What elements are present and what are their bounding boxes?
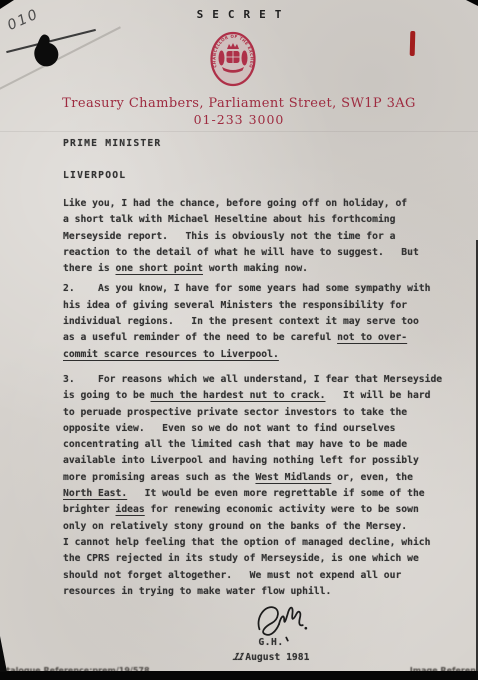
- letter-body: Like you, I had the chance, before going…: [63, 196, 463, 604]
- recipient-line: PRIME MINISTER: [63, 138, 161, 149]
- ink-blot: [30, 34, 64, 72]
- typed-date: August 1981: [245, 652, 309, 663]
- letter-paper: SECRET 010 1 CHANCELLOR OF THE EXCHEQUER: [0, 0, 478, 672]
- classification-stamp: SECRET: [0, 8, 478, 21]
- subject-line: LIVERPOOL: [63, 170, 126, 181]
- letter-paragraph: 2. As you know, I have for some years ha…: [63, 281, 463, 362]
- letter-paragraph: Like you, I had the chance, before going…: [63, 196, 463, 277]
- scanned-letter-page: SECRET 010 1 CHANCELLOR OF THE EXCHEQUER: [0, 0, 478, 680]
- scan-bottom-bar: [0, 671, 478, 680]
- handwritten-date-day: 11: [230, 652, 246, 663]
- chancellor-crest-icon: CHANCELLOR OF THE EXCHEQUER: [209, 31, 257, 87]
- paper-fold-crease: [0, 131, 478, 132]
- red-tally-mark: 1: [410, 31, 416, 56]
- typed-initials: G.H.: [63, 637, 478, 648]
- letter-paragraph: 3. For reasons which we all understand, …: [63, 372, 463, 600]
- letterhead-address: Treasury Chambers, Parliament Street, SW…: [0, 96, 478, 111]
- letterhead-phone: 01-233 3000: [0, 112, 478, 127]
- date-line: 11August 1981: [63, 652, 478, 663]
